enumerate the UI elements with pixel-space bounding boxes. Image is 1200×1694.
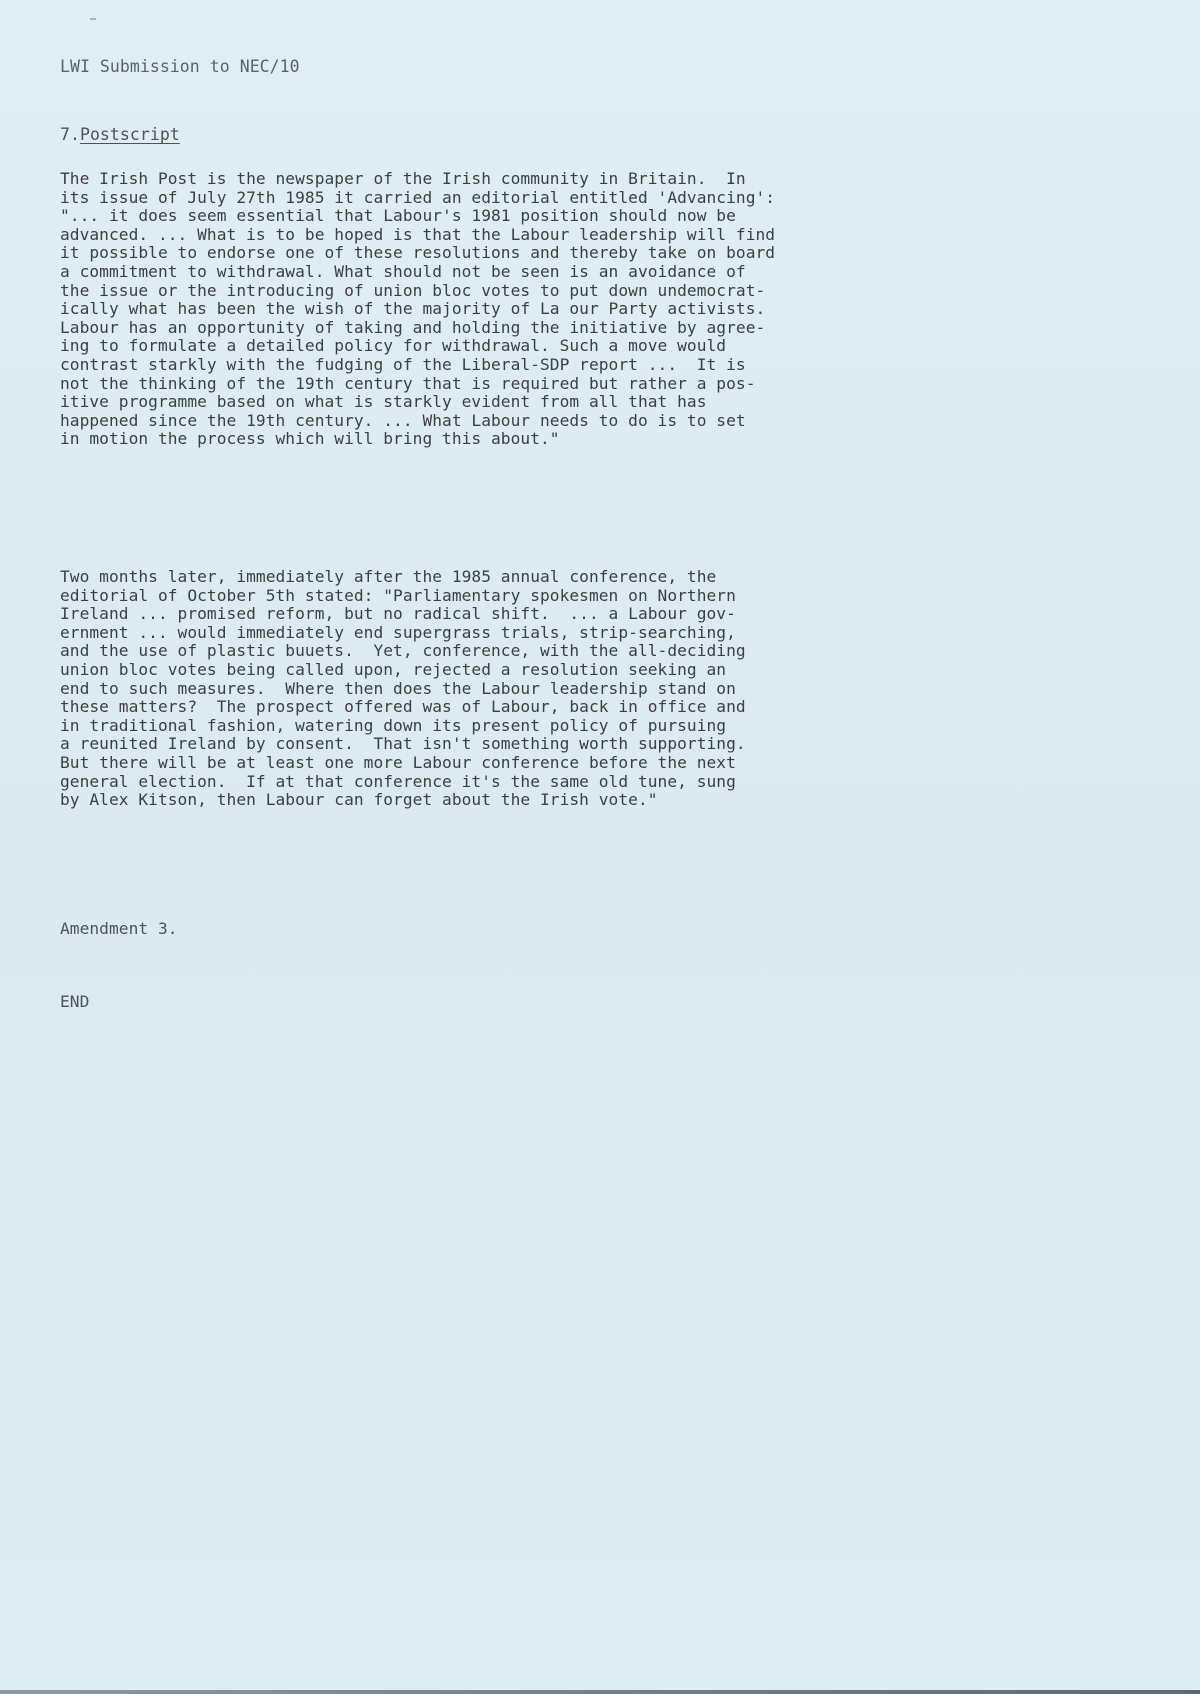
text-line: The Irish Post is the newspaper of the I… <box>60 170 1180 189</box>
text-line: the issue or the introducing of union bl… <box>60 282 1180 301</box>
text-line: in motion the process which will bring t… <box>60 430 1180 449</box>
text-line: happened since the 19th century. ... Wha… <box>60 412 1180 431</box>
paragraph-irish-post-october: Two months later, immediately after the … <box>60 568 1180 810</box>
text-line: Two months later, immediately after the … <box>60 568 1180 587</box>
text-line: "... it does seem essential that Labour'… <box>60 207 1180 226</box>
scanned-page: LWI Submission to NEC/10 7.Postscript Th… <box>0 0 1200 1694</box>
scan-speck <box>90 18 96 20</box>
page-bottom-edge <box>0 1690 1200 1694</box>
text-line: ically what has been the wish of the maj… <box>60 300 1180 319</box>
text-line: union bloc votes being called upon, reje… <box>60 661 1180 680</box>
section-title: Postscript <box>80 125 180 144</box>
text-line: editorial of October 5th stated: "Parlia… <box>60 587 1180 606</box>
text-line: general election. If at that conference … <box>60 773 1180 792</box>
text-line: Ireland ... promised reform, but no radi… <box>60 605 1180 624</box>
text-line: its issue of July 27th 1985 it carried a… <box>60 189 1180 208</box>
text-line: ernment ... would immediately end superg… <box>60 624 1180 643</box>
section-heading: 7.Postscript <box>60 126 1180 145</box>
text-line: contrast starkly with the fudging of the… <box>60 356 1180 375</box>
document-header: LWI Submission to NEC/10 <box>60 58 1180 77</box>
text-line: advanced. ... What is to be hoped is tha… <box>60 226 1180 245</box>
text-line: not the thinking of the 19th century tha… <box>60 375 1180 394</box>
text-line: these matters? The prospect offered was … <box>60 698 1180 717</box>
text-line: ing to formulate a detailed policy for w… <box>60 337 1180 356</box>
text-line: by Alex Kitson, then Labour can forget a… <box>60 791 1180 810</box>
end-marker: END <box>60 993 1180 1012</box>
text-line: itive programme based on what is starkly… <box>60 393 1180 412</box>
text-line: in traditional fashion, watering down it… <box>60 717 1180 736</box>
text-line: it possible to endorse one of these reso… <box>60 244 1180 263</box>
text-line: Labour has an opportunity of taking and … <box>60 319 1180 338</box>
text-line: But there will be at least one more Labo… <box>60 754 1180 773</box>
text-line: end to such measures. Where then does th… <box>60 680 1180 699</box>
amendment-reference: Amendment 3. <box>60 920 1180 939</box>
paragraph-irish-post-july: The Irish Post is the newspaper of the I… <box>60 170 1180 449</box>
text-line: and the use of plastic buuets. Yet, conf… <box>60 642 1180 661</box>
text-line: a commitment to withdrawal. What should … <box>60 263 1180 282</box>
text-line: a reunited Ireland by consent. That isn'… <box>60 735 1180 754</box>
section-number: 7. <box>60 125 80 144</box>
